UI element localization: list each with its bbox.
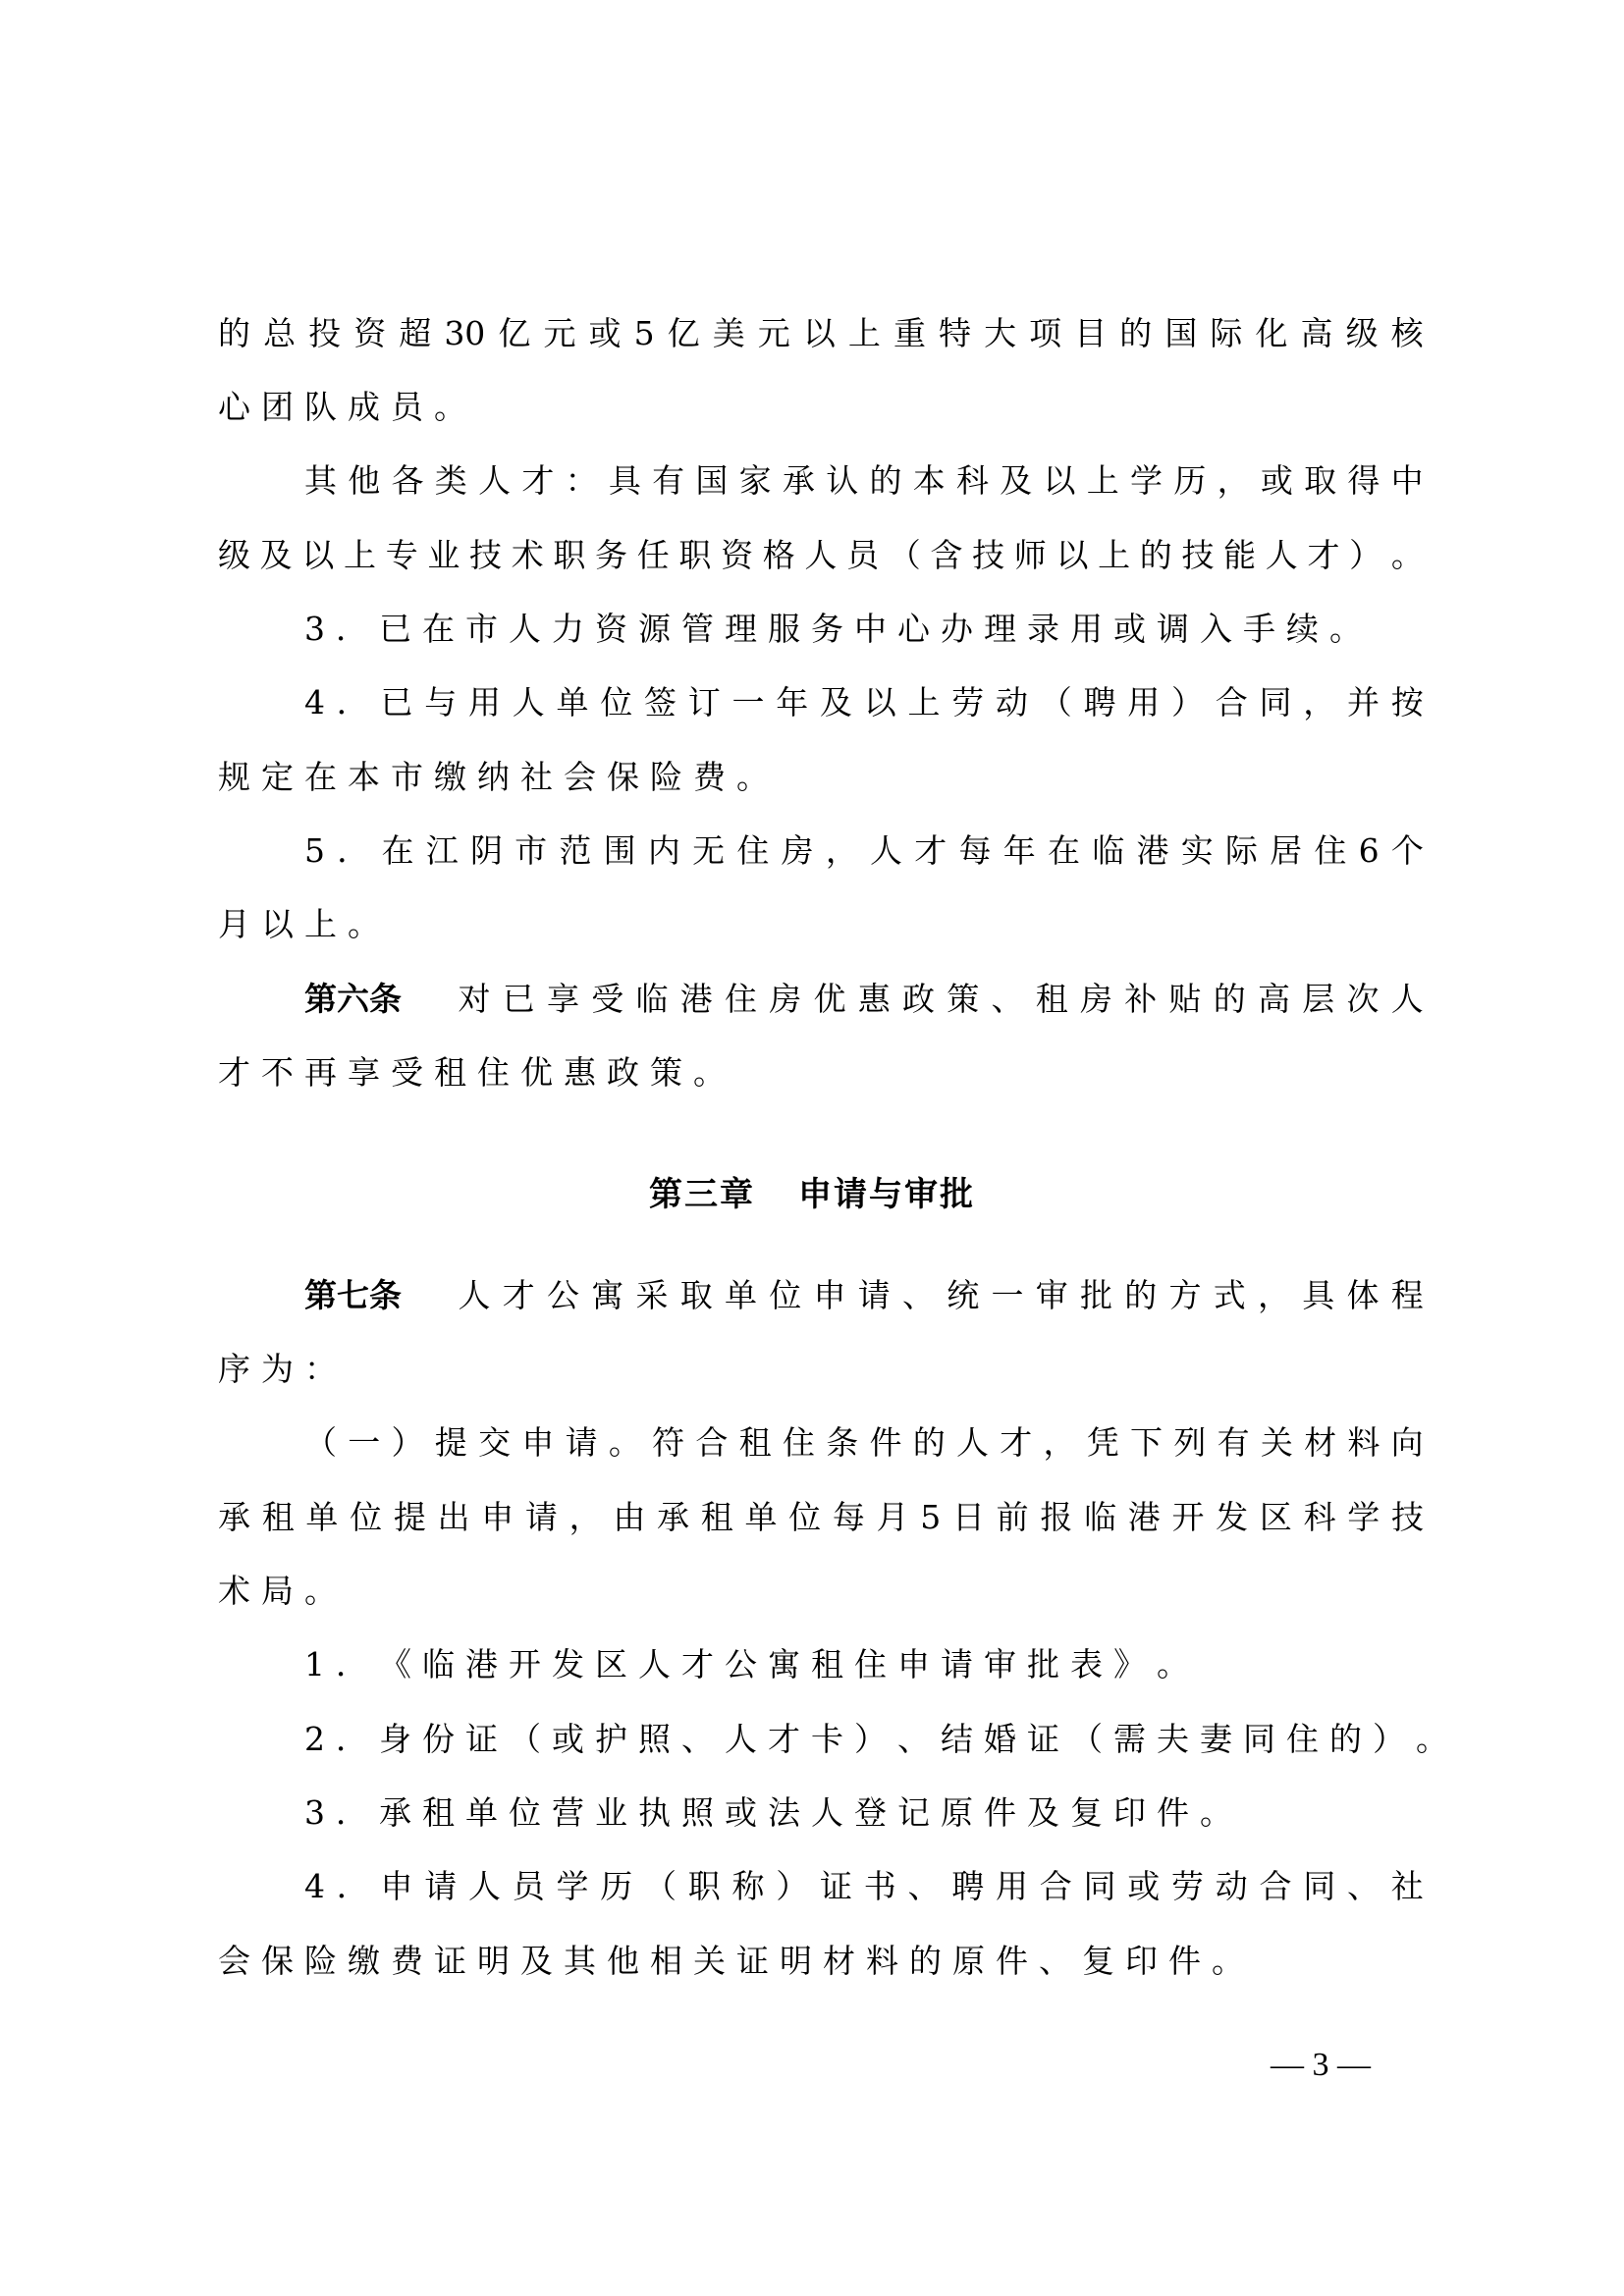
text-glyph: 定: [261, 754, 294, 801]
text-glyph: 惠: [858, 976, 891, 1023]
text-glyph: 或: [1127, 1863, 1160, 1910]
text-glyph: 程: [1391, 1272, 1424, 1319]
text-glyph: 一: [992, 1272, 1024, 1319]
text-glyph: 报: [1040, 1494, 1072, 1541]
text-glyph: 重: [893, 310, 926, 357]
text-glyph: （: [304, 1419, 337, 1467]
text-glyph: 采: [636, 1272, 669, 1319]
text-glyph: 学: [1347, 1494, 1380, 1541]
text-glyph: [413, 976, 446, 1023]
text-glyph: 向: [1391, 1419, 1424, 1467]
text-glyph: 5: [920, 1494, 941, 1541]
text-glyph: 的: [913, 1419, 946, 1467]
text-glyph: 际: [1210, 310, 1242, 357]
article-paragraph-line: 第六条 对已享受临港住房优惠政策、租房补贴的高层次人: [304, 976, 1424, 1023]
text-glyph: 动: [1216, 1863, 1248, 1910]
text-glyph: 上: [1098, 532, 1130, 579]
text-glyph: 个: [1391, 828, 1424, 875]
text-glyph: 照: [681, 1789, 714, 1837]
text-glyph: 术: [512, 532, 544, 579]
text-glyph: 件: [984, 1789, 1016, 1837]
text-glyph: 合: [1040, 1863, 1072, 1910]
text-glyph: 交: [478, 1419, 511, 1467]
text-glyph: 心: [218, 384, 250, 431]
text-glyph: 月: [877, 1494, 909, 1541]
text-glyph: 不: [261, 1049, 294, 1096]
text-glyph: 住: [725, 976, 757, 1023]
text-glyph: 出: [438, 1494, 470, 1541]
text-glyph: 单: [557, 679, 589, 726]
text-glyph: 在: [304, 754, 337, 801]
text-glyph: 已: [379, 606, 411, 653]
text-glyph: 再: [304, 1049, 337, 1096]
paragraph-line: 4．已与用人单位签订一年及以上劳动（聘用）合同，并按: [304, 679, 1424, 726]
text-glyph: （: [509, 1716, 541, 1763]
text-glyph: 江: [426, 828, 459, 875]
text-glyph: 格: [763, 532, 795, 579]
text-glyph: 份: [422, 1716, 455, 1763]
text-glyph: （: [1040, 679, 1072, 726]
document-page: 的总投资超30亿元或5亿美元以上重特大项目的国际化高级核心团队成员。其他各类人才…: [0, 0, 1624, 2296]
text-glyph: 4: [304, 679, 325, 726]
text-glyph: 以: [301, 532, 334, 579]
text-glyph: ，: [1218, 457, 1250, 505]
text-glyph: 中: [854, 606, 887, 653]
text-glyph: ，: [569, 1494, 602, 1541]
text-glyph: 人: [804, 532, 837, 579]
text-glyph: 会: [564, 754, 596, 801]
text-glyph: 请: [858, 1272, 891, 1319]
text-glyph: 才: [503, 1272, 535, 1319]
text-glyph: 的: [1124, 1272, 1157, 1319]
text-glyph: 的: [218, 310, 250, 357]
text-glyph: （: [889, 532, 921, 579]
text-glyph: 结: [941, 1716, 973, 1763]
text-glyph: 港: [1128, 1494, 1161, 1541]
text-glyph: 员: [391, 384, 423, 431]
text-glyph: 序: [218, 1346, 250, 1393]
text-glyph: 卡: [811, 1716, 843, 1763]
text-glyph: 年: [776, 679, 808, 726]
text-glyph: 资: [353, 310, 386, 357]
text-glyph: 的: [1214, 976, 1246, 1023]
text-glyph: 有: [1218, 1419, 1250, 1467]
text-glyph: 法: [768, 1789, 800, 1837]
text-glyph: 订: [688, 679, 721, 726]
text-glyph: 印: [1113, 1789, 1146, 1837]
text-glyph: 、: [902, 1272, 935, 1319]
text-glyph: ：: [304, 1346, 337, 1393]
text-glyph: 、: [992, 976, 1024, 1023]
text-glyph: 住: [1286, 1716, 1319, 1763]
text-glyph: 同: [1260, 679, 1292, 726]
text-glyph: ．: [336, 1641, 368, 1688]
text-glyph: 的: [909, 1938, 942, 1985]
text-glyph: 劳: [1171, 1863, 1204, 1910]
text-glyph: 本: [348, 754, 380, 801]
text-glyph: 职: [688, 1863, 721, 1910]
text-glyph: ）: [1373, 1716, 1405, 1763]
text-glyph: 或: [589, 310, 622, 357]
text-glyph: 学: [1130, 457, 1163, 505]
text-glyph: ，: [1044, 1419, 1076, 1467]
text-glyph: 及: [260, 532, 293, 579]
text-glyph: 港: [1136, 828, 1168, 875]
text-glyph: ．: [337, 1863, 369, 1910]
text-glyph: 其: [304, 457, 337, 505]
text-glyph: 办: [941, 606, 973, 653]
text-glyph: 与: [424, 679, 457, 726]
text-glyph: 的: [1140, 532, 1172, 579]
text-glyph: 印: [1125, 1938, 1158, 1985]
text-glyph: 职: [553, 532, 585, 579]
text-glyph: 承: [218, 1494, 250, 1541]
text-glyph: 理: [725, 606, 757, 653]
text-glyph: 美: [713, 310, 745, 357]
text-glyph: 提: [435, 1419, 467, 1467]
text-glyph: （: [644, 1863, 677, 1910]
text-glyph: 人: [509, 606, 541, 653]
text-glyph: 件: [869, 1419, 901, 1467]
text-glyph: 缴: [348, 1938, 380, 1985]
text-glyph: 承: [783, 457, 815, 505]
paragraph-line: 1．《临港开发区人才公寓租住申请审批表》。: [304, 1641, 1424, 1688]
text-glyph: 1: [304, 1641, 325, 1688]
text-glyph: 人: [870, 828, 902, 875]
text-glyph: 的: [1329, 1716, 1362, 1763]
text-glyph: 录: [1027, 606, 1059, 653]
text-glyph: 力: [552, 606, 584, 653]
text-glyph: 住: [783, 1419, 815, 1467]
text-glyph: 家: [739, 457, 772, 505]
text-glyph: 动: [996, 679, 1028, 726]
text-glyph: 理: [984, 606, 1016, 653]
text-glyph: 其: [564, 1938, 596, 1985]
text-glyph: 团: [261, 384, 294, 431]
text-glyph: 日: [952, 1494, 985, 1541]
text-glyph: 服: [768, 606, 800, 653]
text-glyph: 单: [465, 1789, 498, 1837]
text-glyph: 入: [1200, 606, 1232, 653]
text-glyph: 层: [1302, 976, 1334, 1023]
text-glyph: 以: [1056, 532, 1088, 579]
text-glyph: 租: [1036, 976, 1068, 1023]
text-glyph: 请: [941, 1641, 973, 1688]
text-glyph: 才: [681, 1641, 714, 1688]
text-glyph: 承: [379, 1789, 411, 1837]
text-glyph: 5: [304, 828, 325, 875]
text-glyph: 受: [391, 1049, 423, 1096]
text-glyph: 位: [769, 1272, 801, 1319]
text-glyph: 合: [695, 1419, 728, 1467]
text-glyph: 或: [552, 1716, 584, 1763]
text-glyph: 同: [1243, 1716, 1275, 1763]
text-glyph: 住: [736, 828, 769, 875]
text-glyph: 或: [1113, 606, 1146, 653]
text-glyph: 年: [1003, 828, 1036, 875]
text-glyph: 位: [788, 1494, 821, 1541]
text-glyph: 为: [261, 1346, 294, 1393]
text-glyph: 得: [1347, 457, 1380, 505]
text-glyph: 凭: [1087, 1419, 1119, 1467]
text-glyph: 范: [559, 828, 591, 875]
text-glyph: 市: [465, 606, 498, 653]
article-paragraph-line: 第七条 人才公寓采取单位申请、统一审批的方式，具体程: [304, 1272, 1424, 1319]
text-glyph: 化: [1255, 310, 1287, 357]
text-glyph: 聘: [1084, 679, 1116, 726]
text-glyph: 以: [261, 901, 294, 948]
text-glyph: 件: [996, 1938, 1028, 1985]
text-glyph: 。: [736, 754, 769, 801]
text-glyph: 特: [939, 310, 971, 357]
text-glyph: 位: [509, 1789, 541, 1837]
text-glyph: 项: [1029, 310, 1061, 357]
paragraph-line: 5．在江阴市范围内无住房，人才每年在临港实际居住6个: [304, 828, 1424, 875]
text-glyph: 及: [820, 679, 852, 726]
text-glyph: 任: [637, 532, 670, 579]
text-glyph: 总: [263, 310, 296, 357]
text-glyph: 区: [1260, 1494, 1292, 1541]
text-glyph: 婚: [984, 1716, 1016, 1763]
text-glyph: 寓: [591, 1272, 623, 1319]
text-glyph: ）: [1349, 532, 1381, 579]
text-glyph: 劳: [951, 679, 984, 726]
text-glyph: 、: [908, 1863, 941, 1910]
text-glyph: 以: [803, 310, 836, 357]
paragraph-line: 月以上。: [218, 901, 1424, 948]
text-glyph: 。: [1212, 1938, 1244, 1985]
text-glyph: 称: [732, 1863, 765, 1910]
text-glyph: 统: [947, 1272, 979, 1319]
text-glyph: 月: [218, 901, 250, 948]
text-glyph: 高: [1301, 310, 1333, 357]
text-glyph: 2: [304, 1716, 325, 1763]
text-glyph: 务: [811, 606, 843, 653]
text-glyph: 以: [864, 679, 896, 726]
text-glyph: 科: [1304, 1494, 1336, 1541]
text-glyph: 房: [1080, 976, 1112, 1023]
text-glyph: 用: [468, 679, 501, 726]
text-glyph: ）: [1171, 679, 1204, 726]
article-label: 第六条: [304, 976, 402, 1023]
text-glyph: 关: [1261, 1419, 1293, 1467]
text-glyph: 缴: [434, 754, 466, 801]
text-glyph: [413, 1272, 446, 1319]
text-glyph: 审: [984, 1641, 1016, 1688]
text-glyph: 同: [1084, 1863, 1116, 1910]
text-glyph: 。: [609, 1419, 641, 1467]
text-glyph: 《: [379, 1641, 411, 1688]
text-glyph: 及: [1027, 1789, 1059, 1837]
text-glyph: 无: [692, 828, 725, 875]
text-glyph: ，: [826, 828, 858, 875]
text-glyph: 。: [1416, 1716, 1448, 1763]
text-glyph: 提: [394, 1494, 426, 1541]
text-glyph: 上: [344, 532, 376, 579]
text-glyph: 申: [814, 1272, 846, 1319]
text-glyph: 前: [997, 1494, 1029, 1541]
text-glyph: 员: [846, 532, 879, 579]
text-glyph: ：: [566, 457, 598, 505]
text-glyph: 已: [381, 679, 413, 726]
text-glyph: 原: [952, 1938, 985, 1985]
text-glyph: 务: [595, 532, 627, 579]
text-glyph: 取: [680, 1272, 713, 1319]
text-glyph: 人: [811, 1789, 843, 1837]
text-glyph: ，: [1258, 1272, 1290, 1319]
text-glyph: 手: [1243, 606, 1275, 653]
text-glyph: 人: [513, 679, 545, 726]
paragraph-line: 的总投资超30亿元或5亿美元以上重特大项目的国际化高级核: [218, 310, 1424, 357]
text-glyph: 记: [897, 1789, 930, 1837]
text-glyph: 。: [1200, 1789, 1232, 1837]
text-glyph: 由: [613, 1494, 645, 1541]
text-glyph: 具: [609, 457, 641, 505]
text-glyph: 才: [521, 457, 554, 505]
text-glyph: 表: [1070, 1641, 1103, 1688]
paragraph-line: 2．身份证（或护照、人才卡）、结婚证（需夫妻同住的）。: [304, 1716, 1424, 1763]
text-glyph: 历: [600, 1863, 632, 1910]
text-glyph: 4: [304, 1863, 325, 1910]
text-glyph: 3: [304, 606, 325, 653]
paragraph-line: 其他各类人才：具有国家承认的本科及以上学历，或取得中: [304, 457, 1424, 505]
text-glyph: 社: [1391, 1863, 1424, 1910]
text-glyph: 上: [848, 310, 881, 357]
text-glyph: 审: [1036, 1272, 1068, 1319]
text-glyph: 临: [636, 976, 669, 1023]
text-glyph: 区: [595, 1641, 627, 1688]
text-glyph: 复: [1070, 1789, 1103, 1837]
text-glyph: 含: [930, 532, 962, 579]
text-glyph: 员: [513, 1863, 545, 1910]
text-glyph: 。: [1157, 1641, 1189, 1688]
text-glyph: 及: [520, 1938, 553, 1985]
text-glyph: 证: [434, 1938, 466, 1985]
text-glyph: 体: [1347, 1272, 1380, 1319]
text-glyph: 证: [465, 1716, 498, 1763]
text-glyph: 学: [557, 1863, 589, 1910]
text-glyph: 实: [1181, 828, 1214, 875]
text-glyph: 纳: [477, 754, 510, 801]
text-glyph: 或: [1261, 457, 1293, 505]
text-glyph: 政: [902, 976, 935, 1023]
text-glyph: 队: [304, 384, 337, 431]
text-glyph: 费: [693, 754, 726, 801]
paragraph-line: 序为：: [218, 1346, 1424, 1393]
text-glyph: 用: [1070, 606, 1103, 653]
text-glyph: 高: [1258, 976, 1290, 1023]
text-glyph: 列: [1173, 1419, 1206, 1467]
paragraph-line: 3．承租单位营业执照或法人登记原件及复印件。: [304, 1789, 1424, 1837]
text-glyph: 。: [434, 384, 466, 431]
text-glyph: 资: [721, 532, 753, 579]
text-glyph: 目: [1074, 310, 1107, 357]
text-glyph: ．: [337, 828, 369, 875]
text-glyph: 居: [1270, 828, 1302, 875]
text-glyph: 险: [304, 1938, 337, 1985]
text-glyph: ．: [336, 606, 368, 653]
text-glyph: 在: [1048, 828, 1080, 875]
text-glyph: （: [1070, 1716, 1103, 1763]
text-glyph: 书: [864, 1863, 896, 1910]
text-glyph: ）: [392, 1419, 424, 1467]
text-glyph: 一: [348, 1419, 380, 1467]
text-glyph: 并: [1347, 679, 1380, 726]
text-glyph: 心: [897, 606, 930, 653]
paragraph-line: （一）提交申请。符合租住条件的人才，凭下列有关材料向: [304, 1419, 1424, 1467]
text-glyph: 调: [1157, 606, 1189, 653]
text-glyph: 次: [1347, 976, 1380, 1023]
text-glyph: 际: [1225, 828, 1258, 875]
paragraph-line: 才不再享受租住优惠政策。: [218, 1049, 1424, 1096]
text-glyph: 证: [736, 1938, 769, 1985]
text-glyph: 贴: [1169, 976, 1202, 1023]
text-glyph: 夫: [1157, 1716, 1189, 1763]
text-glyph: 复: [1082, 1938, 1114, 1985]
text-glyph: 港: [465, 1641, 498, 1688]
text-glyph: 费: [391, 1938, 423, 1985]
text-glyph: 亿: [668, 310, 700, 357]
text-glyph: 。: [693, 1049, 726, 1096]
text-glyph: 租: [422, 1789, 455, 1837]
text-glyph: 核: [1391, 310, 1424, 357]
text-glyph: ）: [776, 1863, 808, 1910]
text-glyph: 申: [897, 1641, 930, 1688]
text-glyph: 件: [1157, 1789, 1189, 1837]
text-glyph: 优: [814, 976, 846, 1023]
text-glyph: 他: [348, 457, 380, 505]
text-glyph: 。: [304, 1568, 337, 1615]
text-glyph: 级: [1346, 310, 1379, 357]
text-glyph: 聘: [951, 1863, 984, 1910]
text-glyph: 人: [1391, 976, 1424, 1023]
text-glyph: 一: [732, 679, 765, 726]
text-glyph: 批: [1027, 1641, 1059, 1688]
text-glyph: 租: [739, 1419, 772, 1467]
text-glyph: ，: [1303, 679, 1335, 726]
text-glyph: 本: [913, 457, 946, 505]
text-glyph: 技: [469, 532, 502, 579]
text-glyph: 才: [914, 828, 947, 875]
text-glyph: 人: [1266, 532, 1298, 579]
text-glyph: 临: [422, 1641, 455, 1688]
text-glyph: 取: [1304, 457, 1336, 505]
text-glyph: 已: [503, 976, 535, 1023]
text-glyph: 30: [444, 310, 485, 357]
text-glyph: 会: [218, 1938, 250, 1985]
paragraph-line: 心团队成员。: [218, 384, 1424, 431]
text-glyph: 科: [956, 457, 989, 505]
text-glyph: 阴: [470, 828, 503, 875]
text-glyph: 6: [1359, 828, 1380, 875]
text-glyph: 保: [261, 1938, 294, 1985]
text-glyph: 签: [644, 679, 677, 726]
text-glyph: 上: [908, 679, 941, 726]
text-glyph: 寓: [768, 1641, 800, 1688]
text-glyph: 租: [811, 1641, 843, 1688]
text-glyph: 身: [379, 1716, 411, 1763]
text-glyph: 上: [1087, 457, 1119, 505]
text-glyph: 租: [262, 1494, 295, 1541]
text-glyph: 临: [1084, 1494, 1116, 1541]
text-glyph: 条: [826, 1419, 858, 1467]
text-glyph: 公: [725, 1641, 757, 1688]
text-glyph: 围: [604, 828, 636, 875]
text-glyph: 保: [607, 754, 639, 801]
text-glyph: 对: [459, 976, 491, 1023]
text-glyph: 证: [820, 1863, 852, 1910]
text-glyph: 每: [959, 828, 992, 875]
